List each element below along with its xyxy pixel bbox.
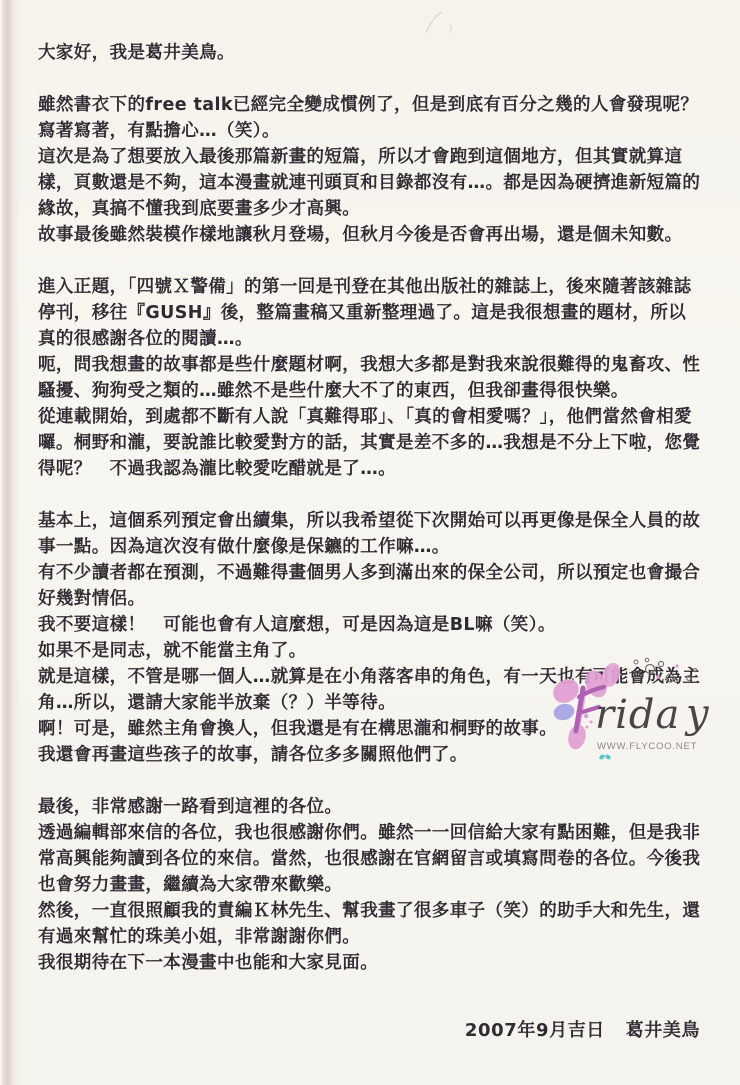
scanned-page: 大家好，我是葛井美鳥。 雖然書衣下的free talk已經完全變成慣例了，但是到…	[0, 0, 740, 1085]
paragraph-line: 大家好，我是葛井美鳥。	[38, 40, 704, 66]
author-name: 葛井美鳥	[626, 1020, 700, 1041]
paragraph-block: 基本上，這個系列預定會出續集，所以我希望從下次開始可以再更像是保全人員的故事一點…	[38, 508, 704, 768]
paragraph-line: 我還會再畫這些孩子的故事，請各位多多關照他們了。	[38, 742, 704, 768]
paragraph-line: 然後，一直很照顧我的責編Ｋ林先生、幫我畫了很多車子（笑）的助手大和先生，還有過來…	[38, 898, 704, 950]
paragraph-line: 這次是為了想要放入最後那篇新畫的短篇，所以才會跑到這個地方，但其實就算這樣，頁數…	[38, 144, 704, 222]
scan-smudge	[420, 6, 466, 40]
paragraph-line: 啊！可是，雖然主角會換人，但我還是有在構思瀧和桐野的故事。	[38, 716, 704, 742]
paragraph-block: 最後，非常感謝一路看到這裡的各位。 透過編輯部來信的各位，我也很感謝你們。雖然一…	[38, 794, 704, 976]
paragraph-line: 如果不是同志，就不能當主角了。	[38, 638, 704, 664]
paragraph-line: 就是這樣，不管是哪一個人…就算是在小角落客串的角色，有一天也有可能會成為主角…所…	[38, 664, 704, 716]
paragraph-line: 透過編輯部來信的各位，我也很感謝你們。雖然一一回信給大家有點困難，但是我非常高興…	[38, 820, 704, 898]
paragraph-block: 大家好，我是葛井美鳥。	[38, 40, 704, 66]
paragraph-line: 故事最後雖然裝模作樣地讓秋月登場，但秋月今後是否會再出場，還是個未知數。	[38, 222, 704, 248]
page-edge-shadow	[0, 0, 20, 1085]
paragraph-line: 我不要這樣！ 可能也會有人這麼想，可是因為這是BL嘛（笑）。	[38, 612, 704, 638]
signoff-line: 2007年9月吉日葛井美鳥	[38, 1018, 704, 1044]
paragraph-line: 最後，非常感謝一路看到這裡的各位。	[38, 794, 704, 820]
paragraph-line: 進入正題，「四號Ｘ警備」的第一回是刊登在其他出版社的雜誌上，後來隨著該雜誌停刊，…	[38, 274, 704, 352]
signoff-date: 2007年9月吉日	[465, 1020, 605, 1041]
paragraph-line: 有不少讀者都在預測，不過難得畫個男人多到滿出來的保全公司，所以預定也會撮合好幾對…	[38, 560, 704, 612]
paragraph-line: 基本上，這個系列預定會出續集，所以我希望從下次開始可以再更像是保全人員的故事一點…	[38, 508, 704, 560]
afterword-text: 大家好，我是葛井美鳥。 雖然書衣下的free talk已經完全變成慣例了，但是到…	[38, 40, 704, 1044]
paragraph-line: 雖然書衣下的free talk已經完全變成慣例了，但是到底有百分之幾的人會發現呢…	[38, 92, 704, 144]
paragraph-block: 雖然書衣下的free talk已經完全變成慣例了，但是到底有百分之幾的人會發現呢…	[38, 92, 704, 248]
paragraph-line: 呃，問我想畫的故事都是些什麼題材啊，我想大多都是對我來說很難得的鬼畜攻、性騷擾、…	[38, 352, 704, 404]
paragraph-line: 從連載開始，到處都不斷有人說「真難得耶」、「真的會相愛嗎？」，他們當然會相愛囉。…	[38, 404, 704, 482]
paragraph-block: 進入正題，「四號Ｘ警備」的第一回是刊登在其他出版社的雜誌上，後來隨著該雜誌停刊，…	[38, 274, 704, 482]
paragraph-line: 我很期待在下一本漫畫中也能和大家見面。	[38, 950, 704, 976]
